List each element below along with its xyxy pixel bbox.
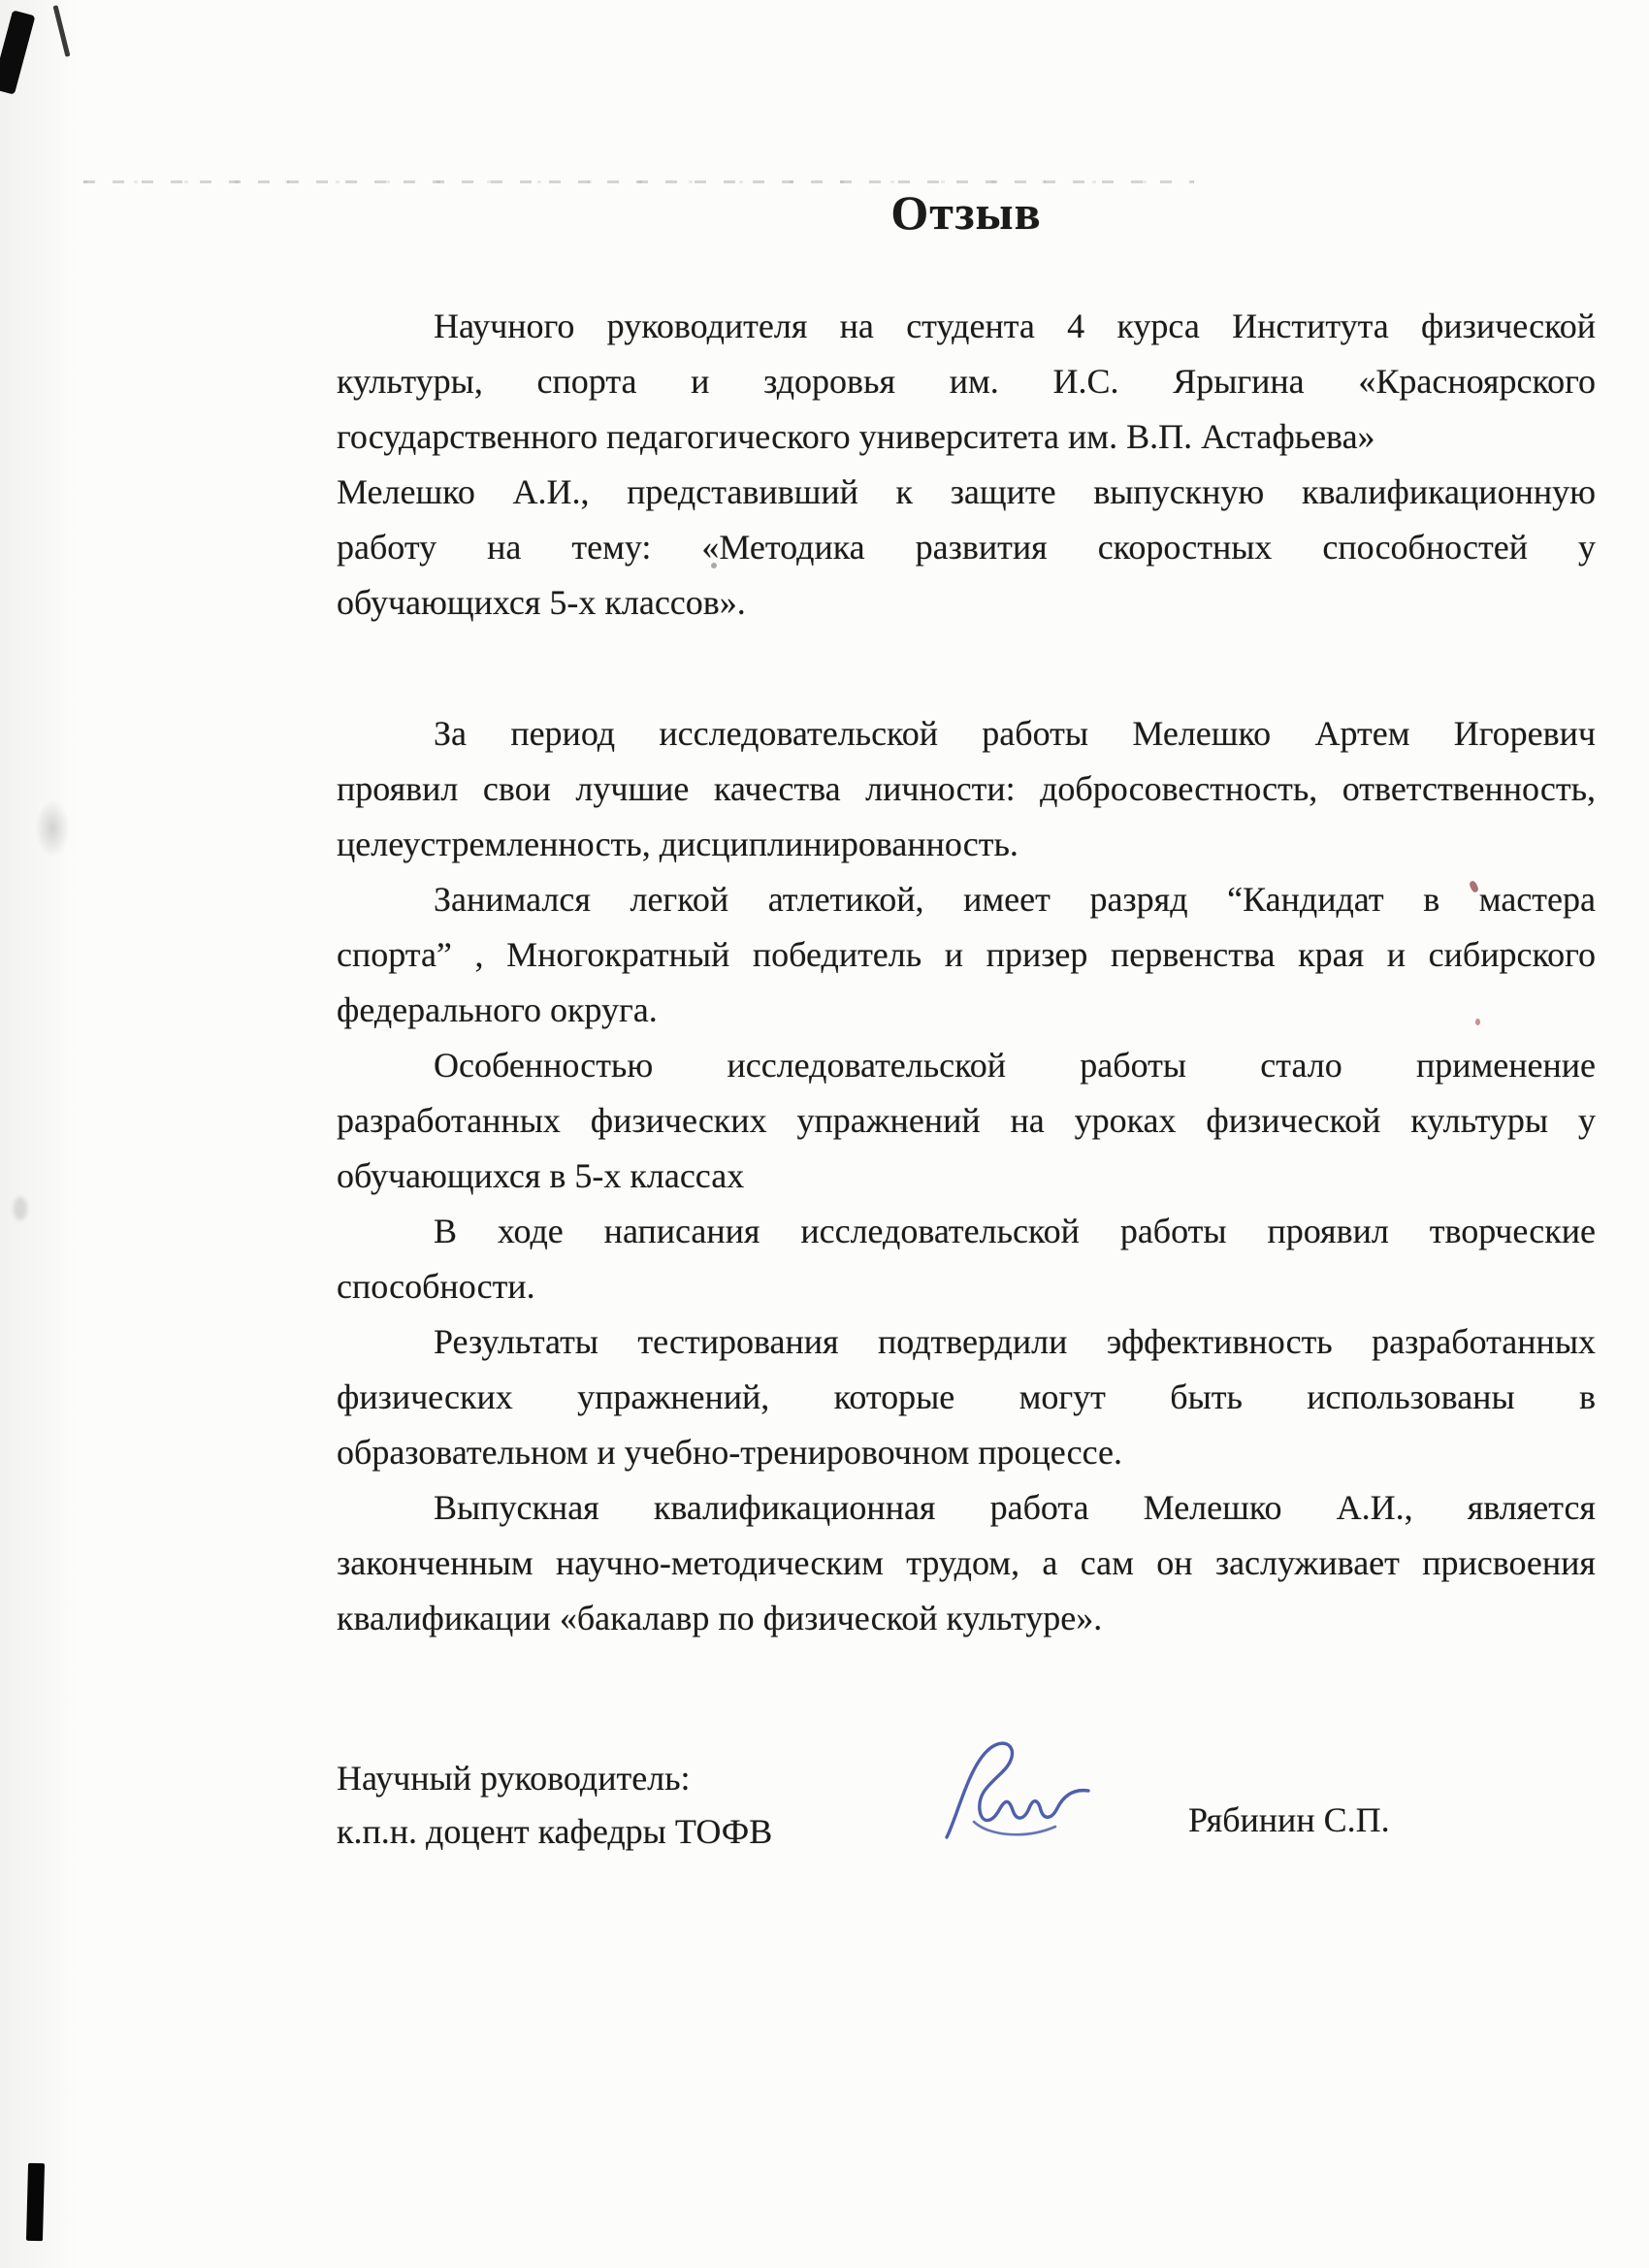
text-line: культуры, спорта и здоровья им. И.С. Яры… (337, 354, 1596, 409)
text-line: Занимался легкой атлетикой, имеет разряд… (337, 872, 1596, 927)
scan-edge-shade (0, 0, 78, 2268)
text-line: Результаты тестирования подтвердили эффе… (337, 1314, 1596, 1370)
text-line: образовательном и учебно-тренировочном п… (337, 1425, 1596, 1480)
text-line: проявил свои лучшие качества личности: д… (337, 761, 1596, 817)
text-line: государственного педагогического универс… (337, 409, 1596, 465)
scan-artifact-top-left-line (53, 5, 71, 57)
text-line: целеустремленность, дисциплинированность… (337, 817, 1596, 872)
scan-artifact-smudge (14, 1197, 27, 1220)
scan-artifact-top-left-mark (0, 10, 35, 94)
text-line: физических упражнений, которые могут быт… (337, 1370, 1596, 1425)
text-line: Выпускная квалификационная работа Мелешк… (337, 1480, 1596, 1536)
scan-artifact-bottom-left-bar (26, 2163, 45, 2241)
text-line: спорта” , Многократный победитель и приз… (337, 927, 1596, 983)
text-line: обучающихся 5-х классов». (337, 575, 1596, 631)
body-paragraphs: За период исследовательской работы Мелеш… (337, 706, 1596, 1646)
intro-paragraph: Научного руководителя на студента 4 курс… (337, 299, 1596, 631)
text-line: способности. (337, 1259, 1596, 1314)
scan-artifact-dotted-streak (83, 180, 1194, 183)
text-line: федерального округа. (337, 983, 1596, 1038)
supervisor-degree-line: к.п.н. доцент кафедры ТОФВ (337, 1805, 772, 1859)
text-line: Мелешко А.И., представивший к защите вып… (337, 465, 1596, 520)
text-line: законченным научно-методическим трудом, … (337, 1536, 1596, 1591)
text-line: обучающихся в 5-х классах (337, 1149, 1596, 1204)
signature-scribble-icon (931, 1733, 1115, 1854)
text-line: разработанных физических упражнений на у… (337, 1093, 1596, 1149)
text-line: Научного руководителя на студента 4 курс… (337, 299, 1596, 354)
scanned-document-page: Отзыв Научного руководителя на студента … (0, 0, 1649, 2268)
document-title: Отзыв (337, 184, 1596, 241)
text-line: работу на тему: «Методика развития скоро… (337, 520, 1596, 575)
supervisor-role-line: Научный руководитель: (337, 1752, 772, 1805)
text-line: Особенностью исследовательской работы ст… (337, 1038, 1596, 1093)
text-line: В ходе написания исследовательской работ… (337, 1204, 1596, 1259)
signer-name: Рябинин С.П. (1188, 1799, 1390, 1840)
text-line: За период исследовательской работы Мелеш… (337, 706, 1596, 761)
text-line: квалификации «бакалавр по физической кул… (337, 1591, 1596, 1646)
scan-artifact-smudge (35, 799, 70, 858)
signature-block: Научный руководитель: к.п.н. доцент кафе… (337, 1752, 772, 1859)
